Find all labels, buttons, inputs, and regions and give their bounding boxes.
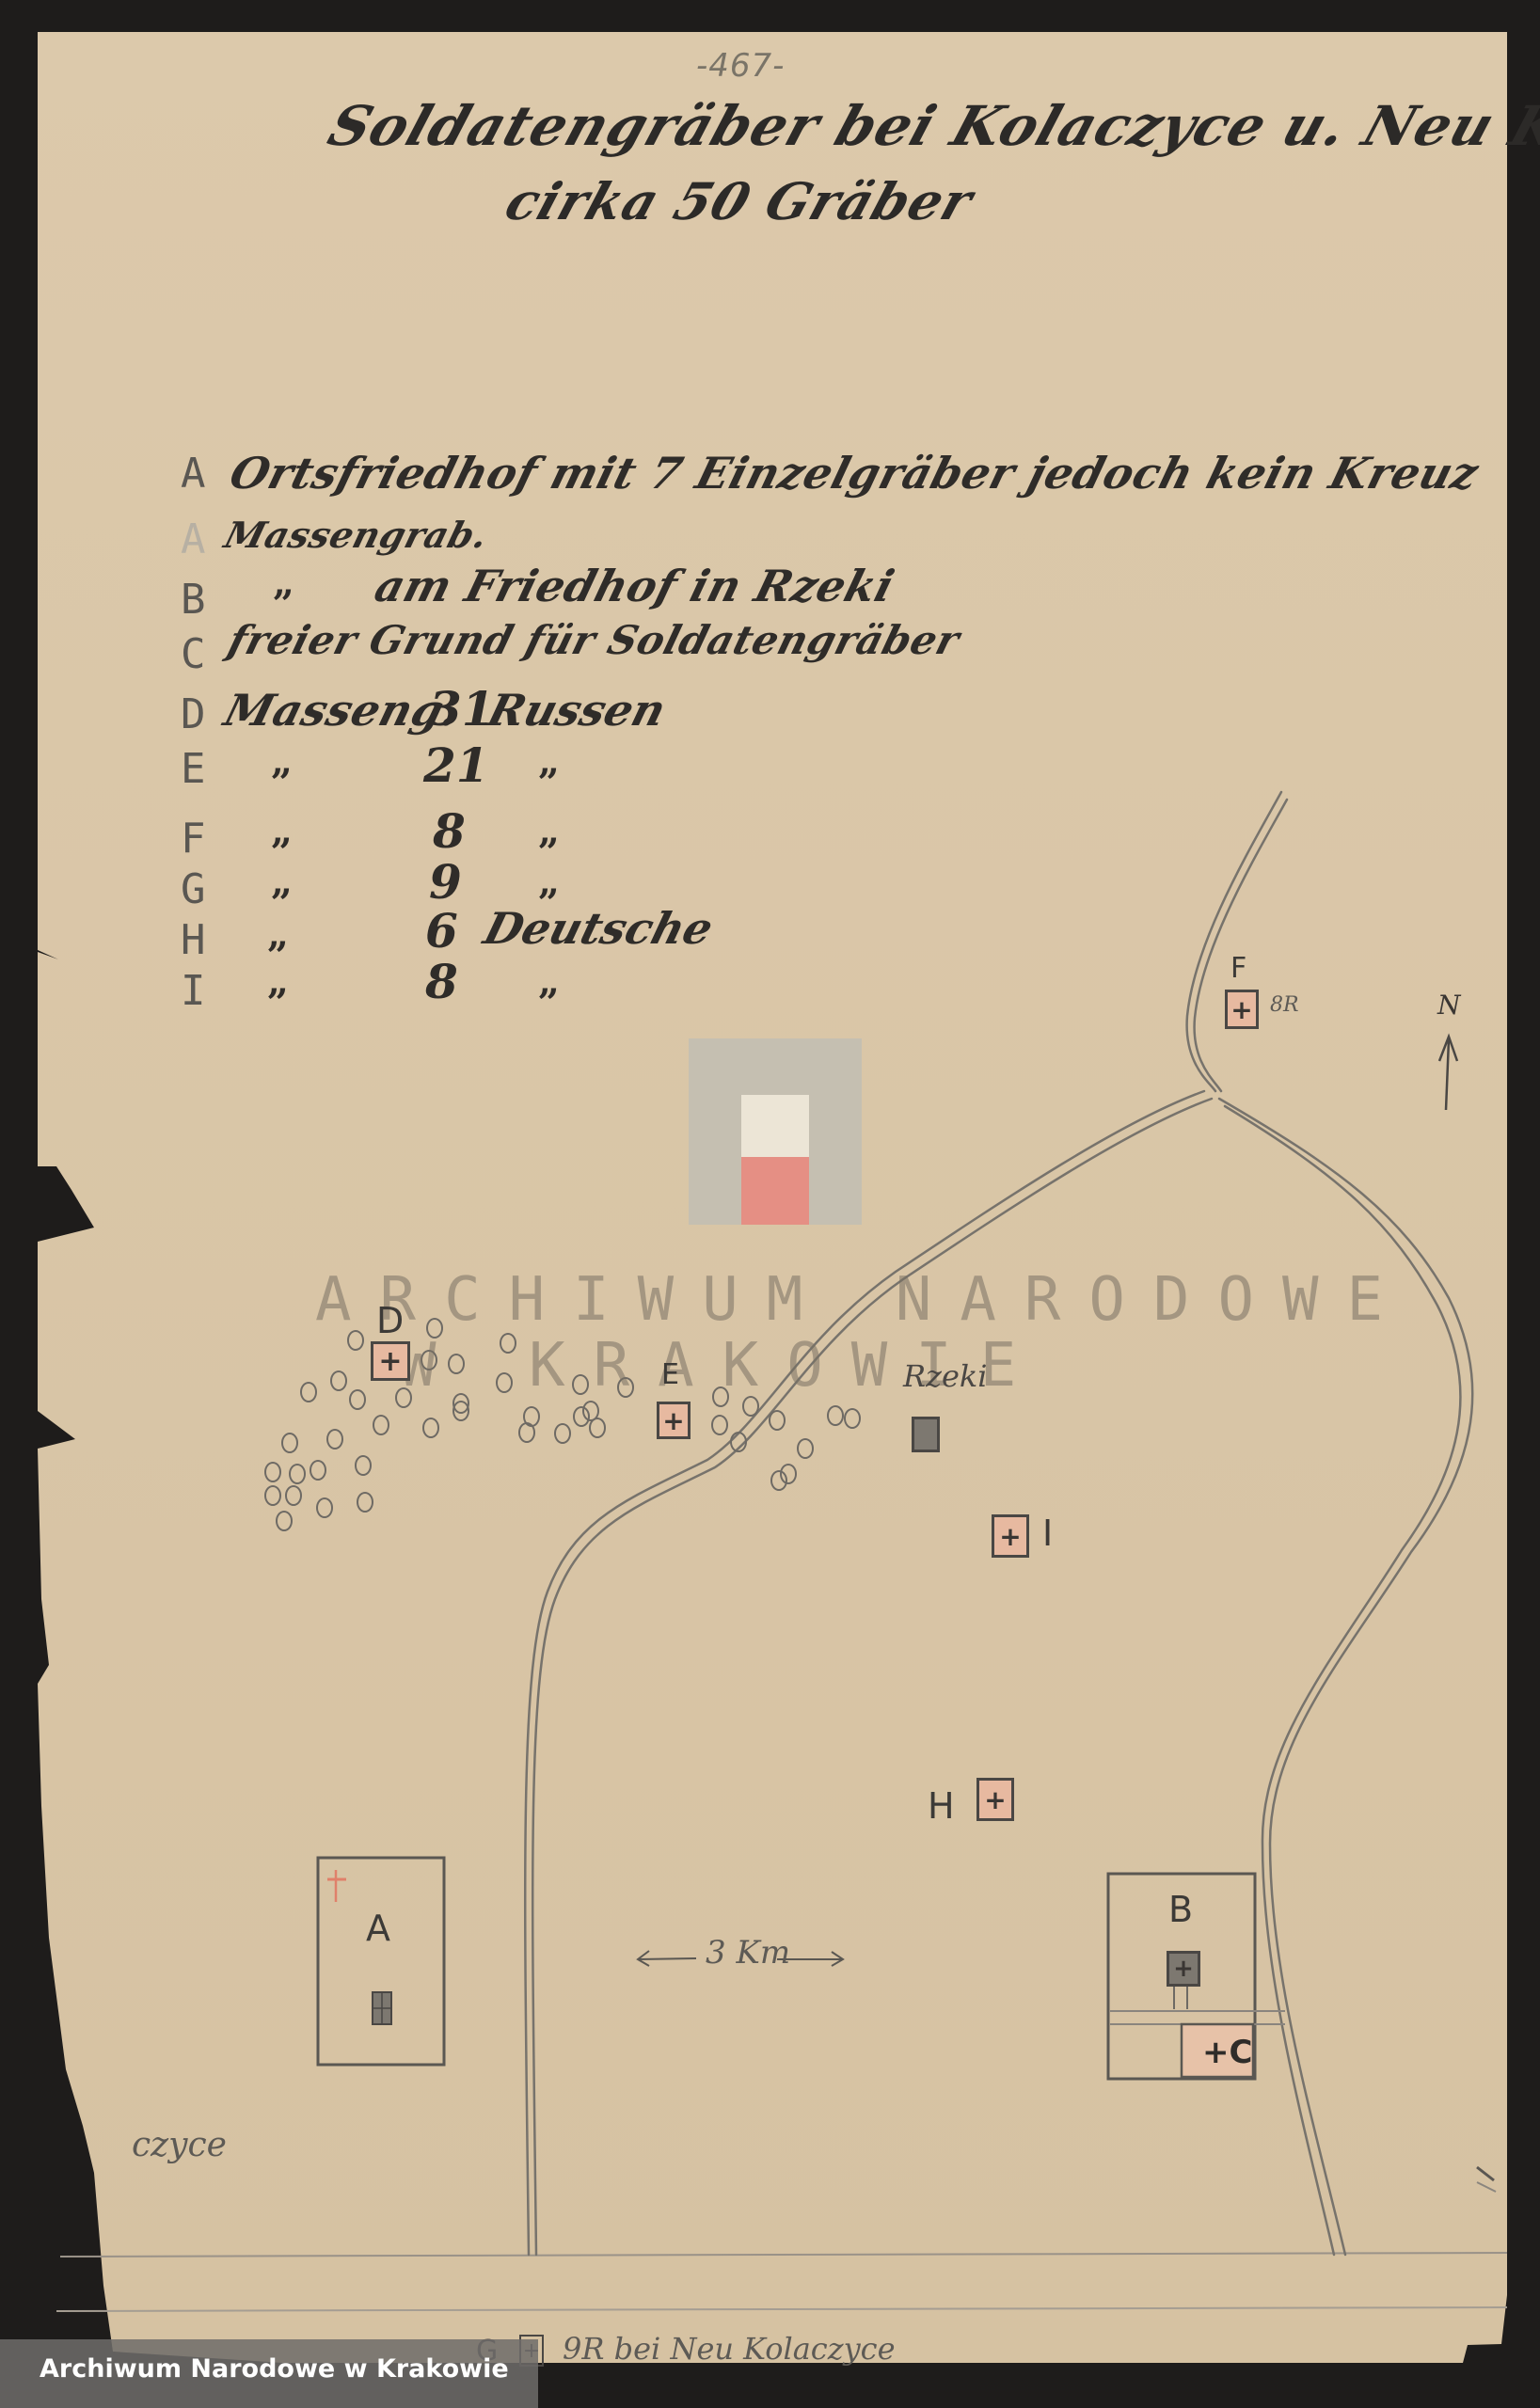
- grave-i-cross-icon: +: [992, 1514, 1029, 1558]
- village-label: Rzeki: [903, 1358, 988, 1394]
- north-arrow-icon: [1439, 1037, 1457, 1110]
- watermark-line-1: ARCHIWUM NARODOWE: [315, 1265, 1411, 1335]
- grave-f-cross-icon: +: [1225, 990, 1259, 1029]
- grave-d-cross-icon: +: [371, 1341, 410, 1381]
- marker-f-label: F: [1230, 952, 1246, 985]
- grave-b-cross-icon: +: [1167, 1951, 1200, 1987]
- marker-c-letter: C: [1230, 2034, 1253, 2071]
- marker-a-label: A: [366, 1908, 390, 1949]
- town-label: czyce: [132, 2126, 227, 2164]
- archive-caption: Archiwum Narodowe w Krakowie: [40, 2354, 509, 2384]
- marker-i-label: I: [1042, 1513, 1053, 1554]
- marker-b-label: B: [1168, 1889, 1193, 1930]
- marker-c-label: +C: [1202, 2034, 1252, 2071]
- grave-e-cross-icon: +: [657, 1402, 691, 1439]
- north-label: N: [1437, 990, 1461, 1021]
- scale-label: 3 Km: [706, 1934, 790, 1972]
- rzeki-church-icon: [912, 1417, 940, 1452]
- scanned-document: -467- Soldatengräber bei Kolaczyce u. Ne…: [0, 0, 1540, 2408]
- marker-d-label: D: [376, 1300, 404, 1341]
- grave-h-cross-icon: +: [976, 1778, 1014, 1821]
- bottom-note-text: 9R bei Neu Kolaczyce: [563, 2331, 896, 2367]
- marker-e-label: E: [661, 1358, 679, 1391]
- marker-h-label: H: [928, 1785, 955, 1827]
- cross-icon: +: [1202, 2034, 1230, 2071]
- marker-f-note: 8R: [1270, 993, 1299, 1017]
- map-drawing: [0, 0, 1540, 2408]
